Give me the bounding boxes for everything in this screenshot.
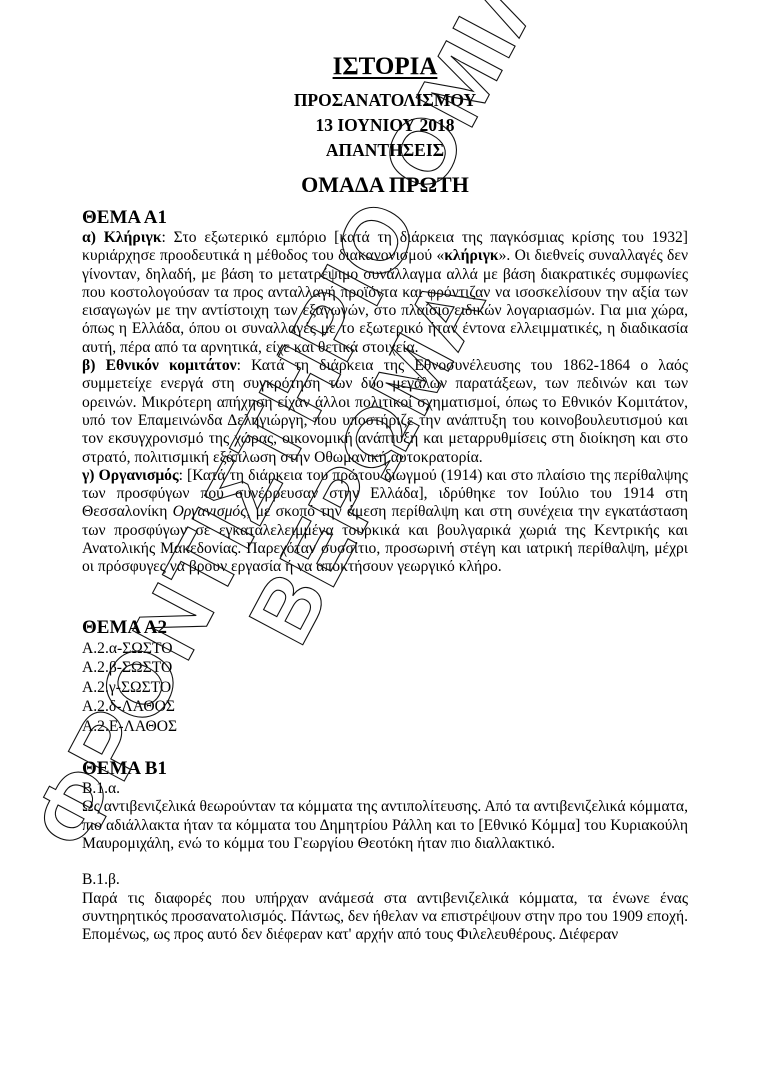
a1-item-a-label: α) Κλήριγκ [82, 229, 162, 246]
document-subtitle: ΠΡΟΣΑΝΑΤΟΛΙΣΜΟΥ [82, 88, 688, 113]
b1-part-a-text: Ως αντιβενιζελικά θεωρούνταν τα κόμματα … [82, 798, 688, 853]
b1-part-a-label: Β.1.α. [82, 780, 688, 798]
b1-part-b-text: Παρά τις διαφορές που υπήρχαν ανάμεσά στ… [82, 890, 688, 945]
a1-item-c-term: Οργανισμός [173, 503, 247, 520]
section-a2-heading: ΘΕΜΑ Α2 [82, 617, 688, 639]
a1-item-b: β) Εθνικόν κομιτάτον: Κατά τη διάρκεια τ… [82, 357, 688, 467]
a2-answer: Α.2.δ-ΛΑΘΟΣ [82, 697, 688, 717]
a1-item-b-label: β) Εθνικόν κομιτάτον [82, 357, 237, 374]
a2-answer: Α.2.β-ΣΩΣΤΟ [82, 658, 688, 678]
group-heading: ΟΜΑΔΑ ΠΡΩΤΗ [82, 171, 688, 199]
a2-answer: Α.2.γ-ΣΩΣΤΟ [82, 678, 688, 698]
exam-date: 13 ΙΟΥΝΙΟΥ 2018 [82, 113, 688, 138]
a1-item-a-term: κλήριγκ [444, 247, 498, 264]
b1-part-b-label: Β.1.β. [82, 871, 688, 889]
document-title: ΙΣΤΟΡΙΑ [82, 52, 688, 82]
document-page: ΙΣΤΟΡΙΑ ΠΡΟΣΑΝΑΤΟΛΙΣΜΟΥ 13 ΙΟΥΝΙΟΥ 2018 … [82, 52, 688, 945]
section-a1-heading: ΘΕΜΑ Α1 [82, 207, 688, 229]
a1-item-c: γ) Οργανισμός: [Κατά τη διάρκεια του πρώ… [82, 467, 688, 577]
section-b1-heading: ΘΕΜΑ Β1 [82, 758, 688, 780]
a2-answer: Α.2.Ε-ΛΑΘΟΣ [82, 717, 688, 737]
a2-answer: Α.2.α-ΣΩΣΤΟ [82, 639, 688, 659]
a1-item-c-label: γ) Οργανισμός [82, 467, 179, 484]
document-type: ΑΠΑΝΤΗΣΕΙΣ [82, 138, 688, 163]
a1-item-a: α) Κλήριγκ: Στο εξωτερικό εμπόριο [κατά … [82, 229, 688, 357]
